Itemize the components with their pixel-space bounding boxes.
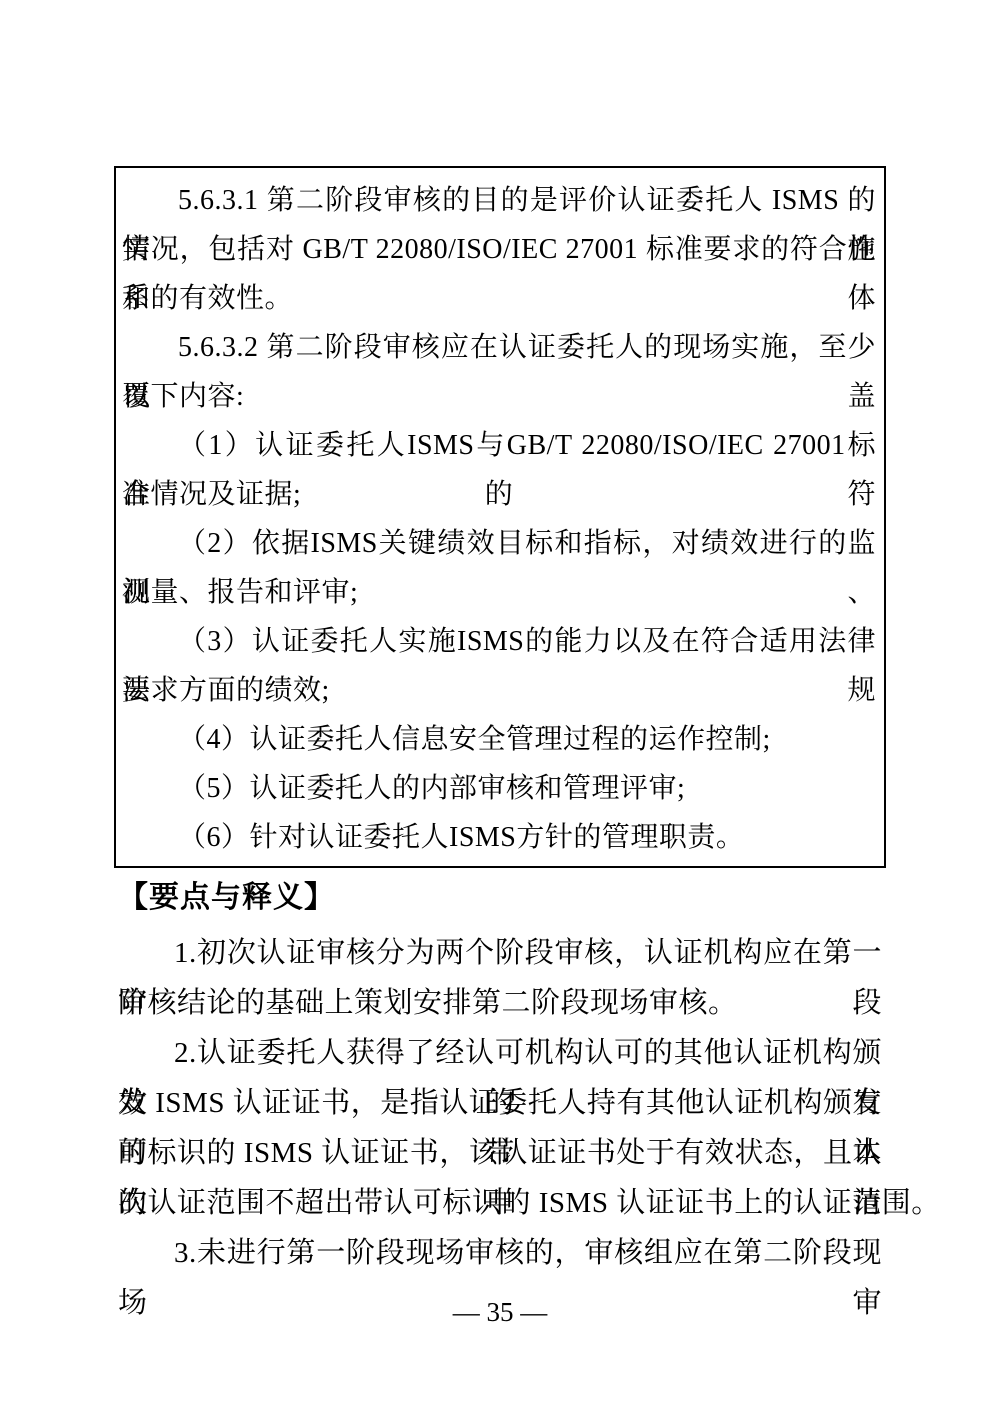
clause-list-item: （1）认证委托人ISMS与GB/T 22080/ISO/IEC 27001标准的… (122, 421, 876, 470)
clause-list-item: （5）认证委托人的内部审核和管理评审; (122, 764, 876, 813)
document-page: { "box": { "lines": [ { "text": "5.6.3.1… (0, 0, 1000, 1414)
clause-box: 5.6.3.1 第二阶段审核的目的是评价认证委托人 ISMS 的实施 情况，包括… (114, 166, 886, 868)
clause-list-item: （3）认证委托人实施ISMS的能力以及在符合适用法律法规 (122, 617, 876, 666)
key-points-section: 【要点与释义】 1.初次认证审核分为两个阶段审核，认证机构应在第一阶段 审核结论… (118, 872, 882, 1278)
clause-line: 5.6.3.2 第二阶段审核应在认证委托人的现场实施，至少覆盖 (122, 323, 876, 372)
body-text-line: 3.未进行第一阶段现场审核的，审核组应在第二阶段现场审 (118, 1228, 882, 1278)
clause-line: 5.6.3.1 第二阶段审核的目的是评价认证委托人 ISMS 的实施 (122, 176, 876, 225)
body-text-line: 效 ISMS 认证证书，是指认证委托人持有其他认证机构颁发的带认 (118, 1078, 882, 1128)
body-text-line: 1.初次认证审核分为两个阶段审核，认证机构应在第一阶段 (118, 928, 882, 978)
body-text-line: 可标识的 ISMS 认证证书，该认证证书处于有效状态，且本次申请 (118, 1128, 882, 1178)
body-text-line: 2.认证委托人获得了经认可机构认可的其他认证机构颁发的有 (118, 1028, 882, 1078)
clause-line: 情况，包括对 GB/T 22080/ISO/IEC 27001 标准要求的符合性… (122, 225, 876, 274)
clause-list-item: （2）依据ISMS关键绩效目标和指标，对绩效进行的监视、 (122, 519, 876, 568)
body-text-line: 的认证范围不超出带认可标识的 ISMS 认证证书上的认证范围。 (118, 1178, 882, 1228)
clause-list-item: （4）认证委托人信息安全管理过程的运作控制; (122, 715, 876, 764)
page-number: — 35 — (0, 1292, 1000, 1332)
clause-list-item: （6）针对认证委托人ISMS方针的管理职责。 (122, 813, 876, 862)
section-heading: 【要点与释义】 (118, 872, 882, 928)
